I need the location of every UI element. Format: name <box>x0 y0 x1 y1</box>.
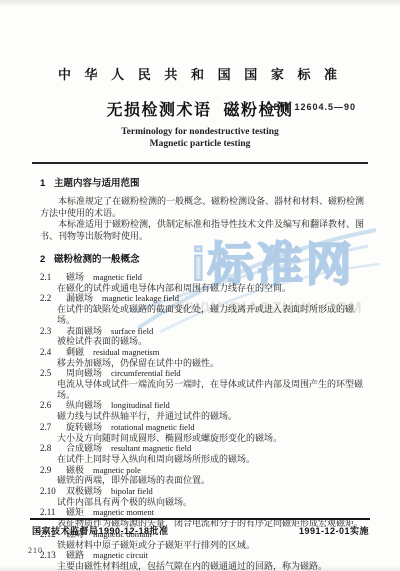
term-item: 2.3表面磁场surface field 被检试件表面的磁场。 <box>40 326 364 347</box>
term-item: 2.4剩磁residual magnetism 移去外加磁场，仍保留在试件中的磁… <box>40 347 364 368</box>
term-english: magnetic pole <box>93 465 141 475</box>
section1-paragraph-2: 本标准适用于磁粉检测，供制定标准和指导性技术文件及编写和翻译教材、图书、刊物等出… <box>40 219 364 242</box>
term-definition: 在磁化的试件或通电导体内部和周围有磁力线存在的空间。 <box>40 283 364 294</box>
term-chinese: 周向磁场 <box>66 368 102 378</box>
term-chinese: 漏磁场 <box>66 293 93 303</box>
term-number: 2.6 <box>40 400 61 411</box>
term-definition: 在试件的缺陷处或磁路的截面变化处，磁力线离开或进入表面时所形成的磁场。 <box>40 304 364 325</box>
term-definition: 铁磁材料中原子磁矩或分子磁矩平行排列的区域。 <box>40 540 364 551</box>
term-definition: 被检试件表面的磁场。 <box>40 336 364 347</box>
term-number: 2.2 <box>40 293 61 304</box>
term-chinese: 磁矩 <box>66 507 84 517</box>
term-number: 2.10 <box>40 486 61 497</box>
term-number: 2.1 <box>40 272 61 283</box>
term-english: residual magnetism <box>93 347 159 357</box>
term-definition: 移去外加磁场，仍保留在试件中的磁性。 <box>40 358 364 369</box>
section2-number: 2 <box>40 254 54 265</box>
header-divider <box>32 162 368 164</box>
term-number: 2.13 <box>40 550 61 561</box>
term-number: 2.11 <box>40 507 61 518</box>
term-item: 2.10双极磁场bipolar field 试件内部具有两个极的纵向磁场。 <box>40 486 364 507</box>
term-chinese: 剩磁 <box>66 347 84 357</box>
term-english: magnetic circuit <box>93 550 148 560</box>
term-number: 2.8 <box>40 443 61 454</box>
term-chinese: 合成磁场 <box>66 443 102 453</box>
page-number: 210 <box>28 546 43 555</box>
term-english: bipolar field <box>111 486 153 496</box>
term-definition: 主要由磁性材料组成，包括气隙在内的磁通通过的回路，称为磁路。 <box>40 561 364 571</box>
term-item: 2.8合成磁场resultant magnetic field 在试件上同时导入… <box>40 443 364 464</box>
term-definition: 在试件上同时导入纵向和周向磁场所形成的磁场。 <box>40 454 364 465</box>
document-title-en-line2: Magnetic particle testing <box>0 139 400 149</box>
implementation-text: 1991-12-01实施 <box>299 524 369 537</box>
section2-heading: 2磁粉检测的一般概念 <box>40 251 364 265</box>
section2-title: 磁粉检测的一般概念 <box>54 254 140 265</box>
term-english: longitudinal field <box>111 400 170 410</box>
term-chinese: 纵向磁场 <box>66 400 102 410</box>
section1-paragraph-1: 本标准规定了在磁粉检测的一般概念、磁粉检测设备、器材和材料、磁粉检测方法中使用的… <box>40 196 364 219</box>
term-definition: 磁铁的两端，即外部磁场的表面位置。 <box>40 475 364 486</box>
term-chinese: 表面磁场 <box>66 326 102 336</box>
term-item: 2.6纵向磁场longitudinal field 磁力线与试件纵轴平行，并通过… <box>40 400 364 421</box>
term-definition: 大小及方向随时间成圆形、椭圆形或螺旋形变化的磁场。 <box>40 433 364 444</box>
term-item: 2.7旋转磁场rotational magnetic field 大小及方向随时… <box>40 422 364 443</box>
term-chinese: 旋转磁场 <box>66 422 102 432</box>
term-item: 2.9磁极magnetic pole 磁铁的两端，即外部磁场的表面位置。 <box>40 465 364 486</box>
section1-number: 1 <box>40 178 54 189</box>
term-number: 2.7 <box>40 422 61 433</box>
national-standard-title: 中 华 人 民 共 和 国 国 家 标 准 <box>0 64 400 83</box>
standard-code: GB/T 12604.5—90 <box>265 102 356 112</box>
term-item: 2.5周向磁场circumferential field 电流从导体或试件一端流… <box>40 368 364 400</box>
term-chinese: 双极磁场 <box>66 486 102 496</box>
term-item: 2.1磁场magnetic field 在磁化的试件或通电导体内部和周围有磁力线… <box>40 272 364 293</box>
section1-heading: 1主题内容与适用范围 <box>40 175 364 189</box>
term-chinese: 磁场 <box>66 272 84 282</box>
document-body: 1主题内容与适用范围 本标准规定了在磁粉检测的一般概念、磁粉检测设备、器材和材料… <box>40 175 364 571</box>
footer-divider <box>30 518 370 520</box>
term-definition: 磁力线与试件纵轴平行，并通过试件的磁场。 <box>40 411 364 422</box>
term-english: resultant magnetic field <box>111 443 191 453</box>
section1-title: 主题内容与适用范围 <box>54 178 140 189</box>
term-item: 2.13磁路magnetic circuit 主要由磁性材料组成，包括气隙在内的… <box>40 550 364 571</box>
term-definition: 试件内部具有两个极的纵向磁场。 <box>40 497 364 508</box>
document-title-en-line1: Terminology for nondestructive testing <box>0 127 400 137</box>
term-chinese: 磁极 <box>66 465 84 475</box>
term-english: circumferential field <box>111 368 181 378</box>
term-number: 2.4 <box>40 347 61 358</box>
document-header: 中 华 人 民 共 和 国 国 家 标 准 无损检测术语 磁粉检测 GB/T 1… <box>0 0 400 149</box>
document-page: i标准网 WWW.IBIAOZHUN.COM 中 华 人 民 共 和 国 国 家… <box>0 0 400 571</box>
footer: 国家技术监督局1990-12-18批准 1991-12-01实施 <box>32 524 369 537</box>
term-english: magnetic field <box>93 272 142 282</box>
approval-text: 国家技术监督局1990-12-18批准 <box>32 524 169 537</box>
term-chinese: 磁路 <box>66 550 84 560</box>
title-row: 无损检测术语 磁粉检测 GB/T 12604.5—90 <box>0 97 400 117</box>
term-english: surface field <box>111 326 153 336</box>
term-definition: 电流从导体或试件一端流向另一端时，在导体或试件内部及周围产生的环型磁场。 <box>40 379 364 400</box>
term-number: 2.5 <box>40 368 61 379</box>
term-item: 2.2漏磁场magnetic leakage field 在试件的缺陷处或磁路的… <box>40 293 364 325</box>
term-english: rotational magnetic field <box>111 422 195 432</box>
term-english: magnetic moment <box>93 507 154 517</box>
term-number: 2.9 <box>40 465 61 476</box>
term-number: 2.3 <box>40 326 61 337</box>
term-english: magnetic leakage field <box>102 293 179 303</box>
